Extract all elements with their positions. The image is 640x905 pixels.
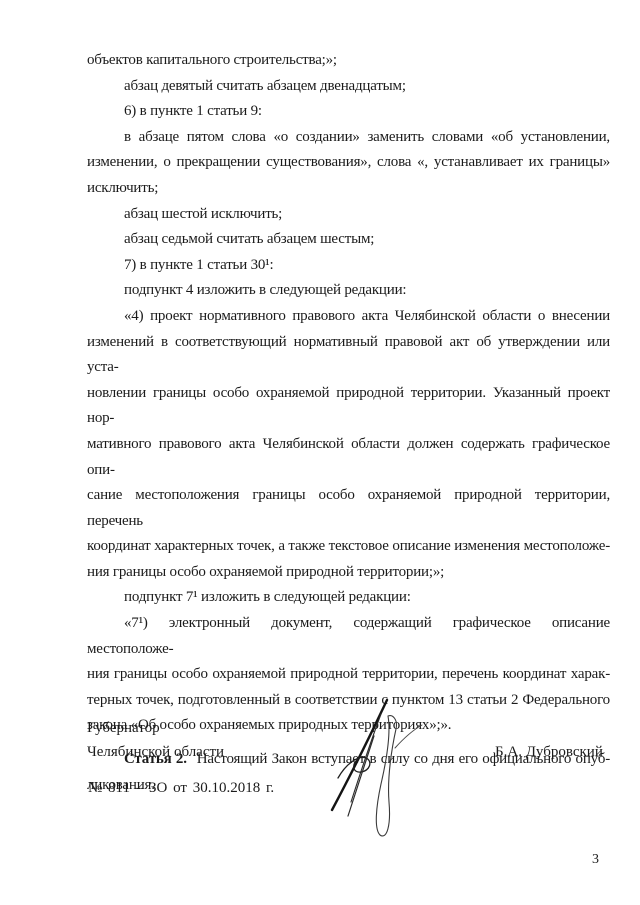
document-line: 7) в пункте 1 статьи 30¹: [87, 253, 610, 279]
scanned-law-page: объектов капитального строительства;»; а… [0, 0, 640, 905]
document-line: изменении, о прекращении существования»,… [87, 150, 610, 176]
document-line: координат характерных точек, а также тек… [87, 534, 610, 560]
document-line: ния границы особо охраняемой природной т… [87, 560, 610, 586]
document-line: изменений в соответствующий нормативный … [87, 330, 610, 381]
governor-title-line1: Губернатор [87, 716, 224, 740]
document-line: «4) проект нормативного правового акта Ч… [87, 304, 610, 330]
document-line: абзац шестой исключить; [87, 202, 610, 228]
body-text: объектов капитального строительства;»; а… [87, 48, 610, 798]
document-line: «7¹) электронный документ, содержащий гр… [87, 611, 610, 662]
governor-title-line2: Челябинской области [87, 740, 224, 764]
document-line: новлении границы особо охраняемой природ… [87, 381, 610, 432]
governor-title-block: Губернатор Челябинской области [87, 716, 224, 764]
document-line: ния границы особо охраняемой природной т… [87, 662, 610, 688]
document-line: объектов капитального строительства;»; [87, 48, 610, 74]
document-line: подпункт 4 изложить в следующей редакции… [87, 278, 610, 304]
doc-number-date: № 811 – ЗО от 30.10.2018 г. [88, 780, 274, 797]
document-line: исключить; [87, 176, 610, 202]
page-number: 3 [592, 852, 599, 868]
document-line: сание местоположения границы особо охран… [87, 483, 610, 534]
document-line: подпункт 7¹ изложить в следующей редакци… [87, 585, 610, 611]
document-line: в абзаце пятом слова «о создании» замени… [87, 125, 610, 151]
document-line: абзац девятый считать абзацем двенадцаты… [87, 74, 610, 100]
handwritten-signature-icon [318, 688, 433, 843]
document-line: 6) в пункте 1 статьи 9: [87, 99, 610, 125]
document-line: абзац седьмой считать абзацем шестым; [87, 227, 610, 253]
document-line: мативного правового акта Челябинской обл… [87, 432, 610, 483]
signer-name: Б.А. Дубровский [495, 744, 603, 761]
